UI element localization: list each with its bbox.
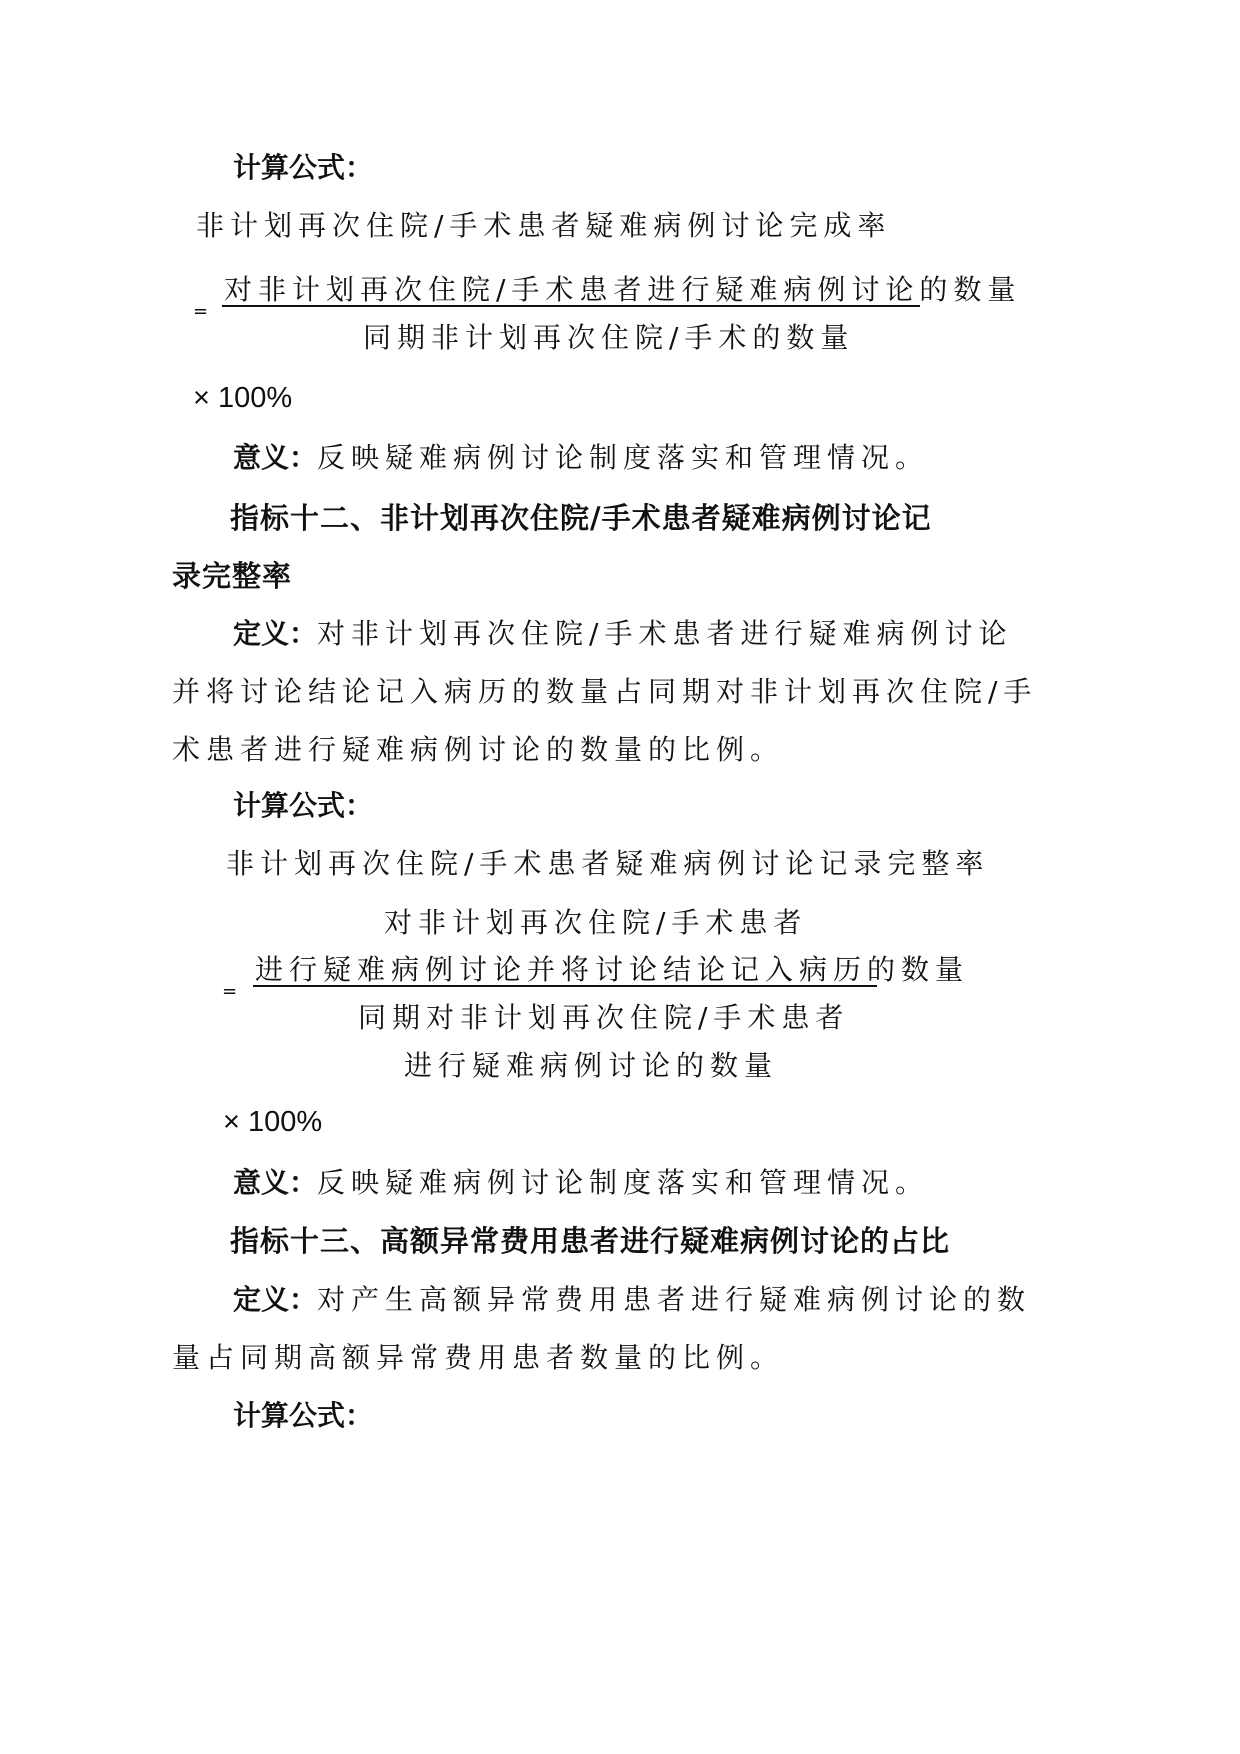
meaning-label: 意义： (233, 1166, 317, 1199)
formula-denominator: 同期对非计划再次住院/手术患者 (358, 1000, 849, 1036)
formula-numerator: 进行疑难病例讨论并将讨论结论记入病历的数量 (255, 952, 969, 988)
definition-paragraph: 定义：对产生高额异常费用患者进行疑难病例讨论的数 (233, 1282, 1031, 1318)
meaning-label: 意义： (233, 441, 317, 474)
equals-sign: = (193, 302, 208, 322)
section-heading: 指标十三、高额异常费用患者进行疑难病例讨论的占比 (230, 1223, 950, 1259)
formula-numerator: 对非计划再次住院/手术患者 (384, 905, 807, 941)
definition-paragraph: 定义：对非计划再次住院/手术患者进行疑难病例讨论 (233, 616, 1012, 652)
definition-label: 定义： (233, 1283, 317, 1316)
formula-label: 计算公式： (233, 1398, 373, 1434)
definition-text: 并将讨论结论记入病历的数量占同期对非计划再次住院/手 (172, 674, 1037, 710)
formula-name: 非计划再次住院/手术患者疑难病例讨论记录完整率 (226, 846, 989, 882)
fraction-bar (253, 985, 877, 987)
meaning-paragraph: 意义：反映疑难病例讨论制度落实和管理情况。 (233, 440, 929, 476)
meaning-paragraph: 意义：反映疑难病例讨论制度落实和管理情况。 (233, 1165, 929, 1201)
formula-label: 计算公式： (233, 788, 373, 824)
definition-text: 术患者进行疑难病例讨论的数量的比例。 (172, 732, 784, 768)
formula-numerator: 对非计划再次住院/手术患者进行疑难病例讨论的数量 (224, 272, 1021, 308)
formula-denominator: 同期非计划再次住院/手术的数量 (363, 320, 854, 356)
formula-denominator: 进行疑难病例讨论的数量 (404, 1048, 778, 1084)
multiplier: × 100% (193, 380, 292, 416)
fraction-bar (222, 305, 920, 307)
section-heading-cont: 录完整率 (172, 558, 292, 594)
meaning-text: 反映疑难病例讨论制度落实和管理情况。 (317, 441, 929, 474)
equals-sign: = (222, 982, 237, 1002)
formula-label: 计算公式： (233, 150, 373, 186)
meaning-text: 反映疑难病例讨论制度落实和管理情况。 (317, 1166, 929, 1199)
definition-text: 量占同期高额异常费用患者数量的比例。 (172, 1340, 784, 1376)
definition-text: 对非计划再次住院/手术患者进行疑难病例讨论 (317, 617, 1012, 650)
definition-label: 定义： (233, 617, 317, 650)
section-heading: 指标十二、非计划再次住院/手术患者疑难病例讨论记 (230, 500, 932, 536)
definition-text: 对产生高额异常费用患者进行疑难病例讨论的数 (317, 1283, 1031, 1316)
formula-name: 非计划再次住院/手术患者疑难病例讨论完成率 (196, 208, 891, 244)
multiplier: × 100% (223, 1104, 322, 1140)
